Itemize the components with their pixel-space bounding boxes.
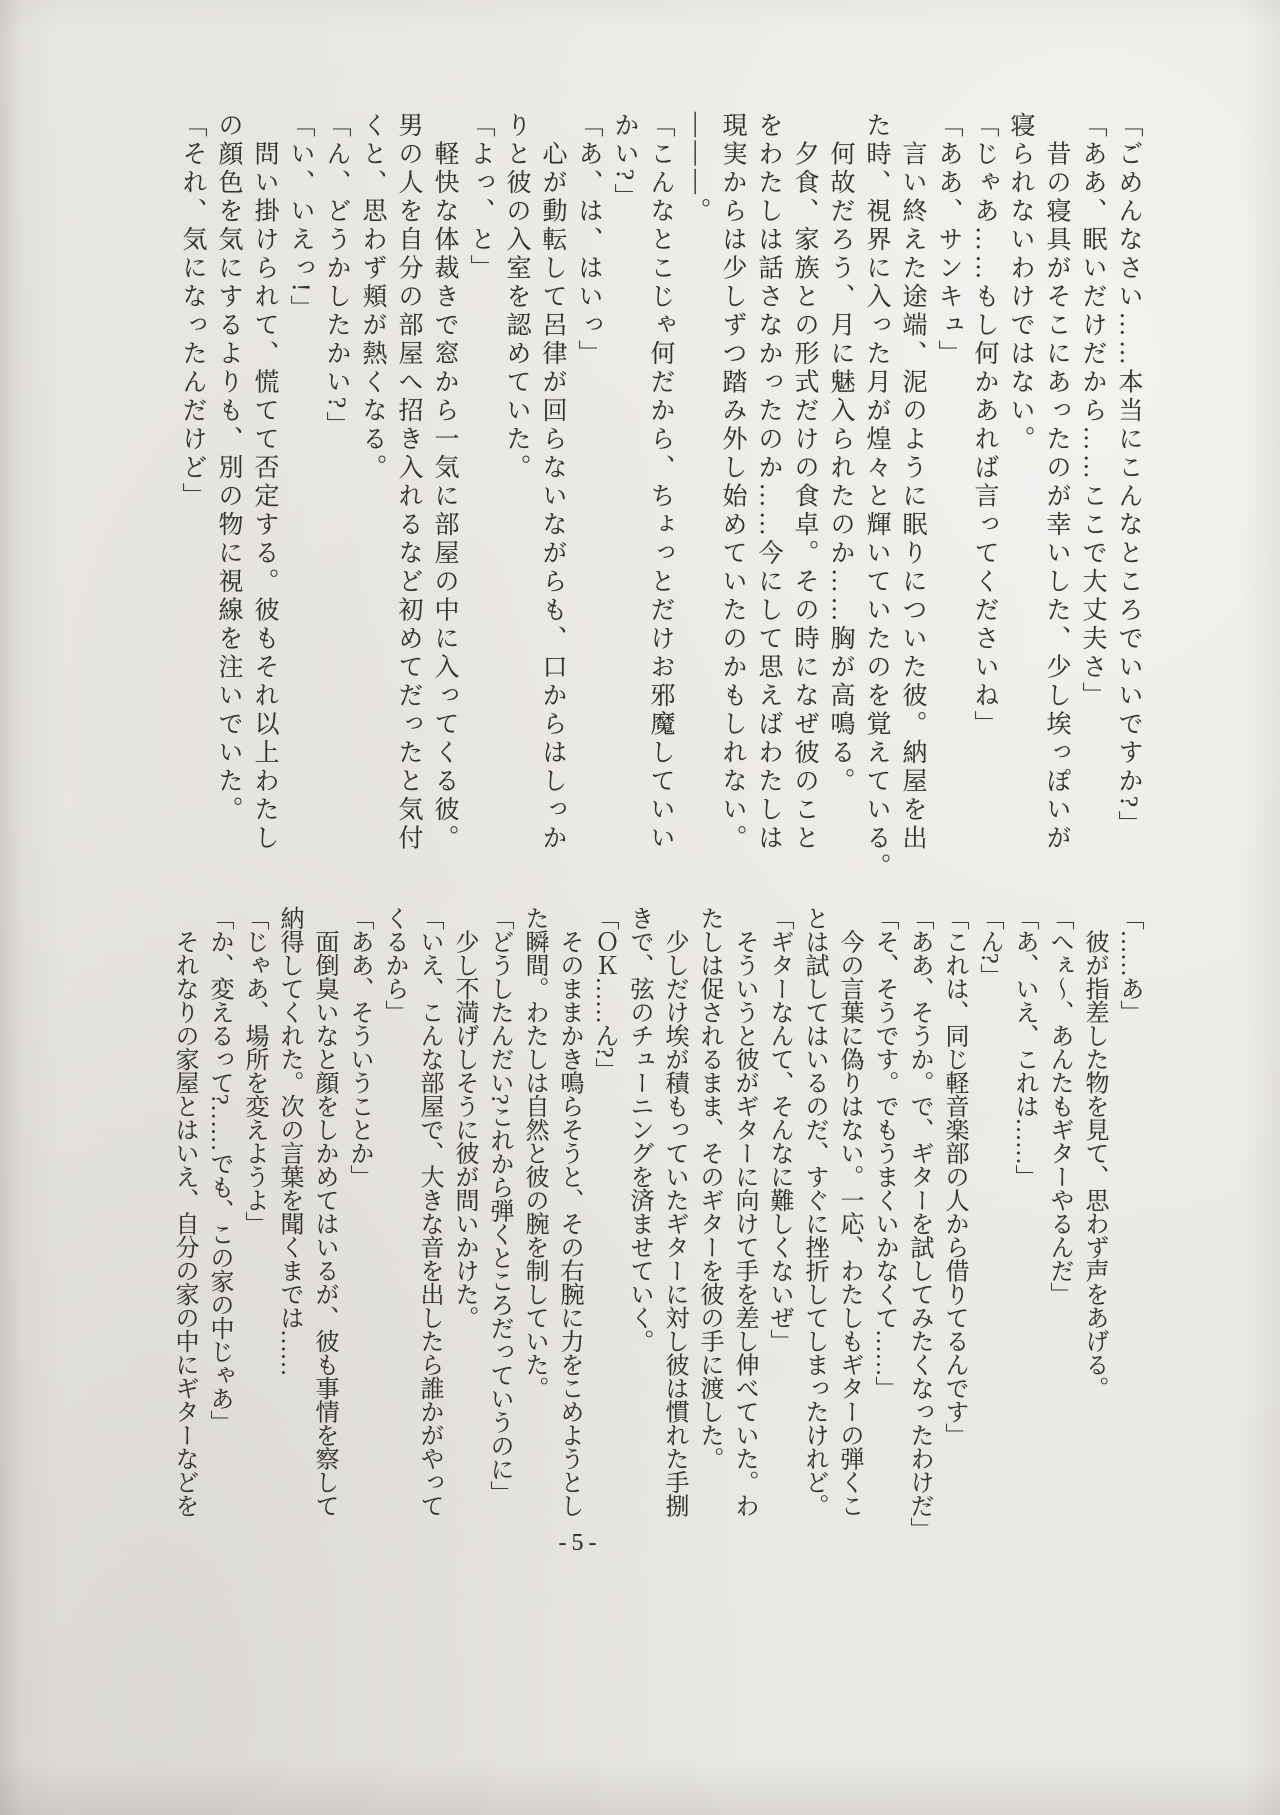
- text-column: りと彼の入室を認めていた。: [498, 112, 534, 894]
- text-column: きで、弦のチューニングを済ませていく。: [621, 906, 656, 1532]
- text-column: 今の言葉に偽りはない。一応、わたしもギターの弾くこ: [831, 906, 866, 1532]
- text-column: 「じゃあ……もし何かあれば言ってくださいね」: [966, 112, 1002, 894]
- text-column: 「これは、同じ軽音楽部の人から借りてるんです」: [936, 906, 971, 1532]
- text-column: た瞬間。わたしは自然と彼の腕を制していた。: [516, 906, 551, 1532]
- top-text-block: 「ごめんなさい……本当にこんなところでいいですか?」「ああ、眠いだけだから……こ…: [174, 112, 1146, 894]
- text-column: 言い終えた途端、泥のように眠りについた彼。納屋を出: [894, 112, 930, 894]
- text-column: 寝られないわけではない。: [1002, 112, 1038, 894]
- text-column: 彼が指差した物を見て、思わず声をあげる。: [1076, 906, 1111, 1532]
- text-column: くるから」: [376, 906, 411, 1532]
- page-number: -5-: [505, 1530, 655, 1557]
- scanned-page: 「ごめんなさい……本当にこんなところでいいですか?」「ああ、眠いだけだから……こ…: [0, 0, 1280, 1815]
- text-column: 「じゃあ、場所を変えようよ」: [236, 906, 271, 1532]
- text-column: 何故だろう、月に魅入られたのか……胸が高鳴る。: [822, 112, 858, 894]
- text-column: 「へぇ〜、あんたもギターやるんだ」: [1041, 906, 1076, 1532]
- text-column: 「ああ、サンキュ」: [930, 112, 966, 894]
- text-column: た時、視界に入った月が煌々と輝いていたのを覚えている。: [858, 112, 894, 894]
- text-column: 少し不満げしそうに彼が問いかけた。: [446, 906, 481, 1532]
- text-column: 「よっ、と」: [462, 112, 498, 894]
- text-column: ―――。: [678, 112, 714, 894]
- text-column: かい?」: [606, 112, 642, 894]
- text-column: 「ああ、眠いだけだから……ここで大丈夫さ」: [1074, 112, 1110, 894]
- text-column: 「あ、は、はいっ」: [570, 112, 606, 894]
- text-column: 「……あ」: [1111, 906, 1146, 1532]
- text-column: 「どうしたんだい?これから弾くところだっていうのに」: [481, 906, 516, 1532]
- text-column: それなりの家屋とはいえ、自分の家の中にギターなどを: [166, 906, 201, 1532]
- text-column: そういうと彼がギターに向けて手を差し伸べていた。わ: [726, 906, 761, 1532]
- text-column: 少しだけ埃が積もっていたギターに対し彼は慣れた手捌: [656, 906, 691, 1532]
- text-column: たしは促されるまま、そのギターを彼の手に渡した。: [691, 906, 726, 1532]
- text-column: 「そ、そうです。でもうまくいかなくて……」: [866, 906, 901, 1532]
- text-column: 「ああ、そうか。で、ギターを試してみたくなったわけだ」: [901, 906, 936, 1532]
- text-column: 「ん、どうかしたかい?」: [318, 112, 354, 894]
- text-column: 「ＯＫ……ん?」: [586, 906, 621, 1532]
- text-column: 納得してくれた。次の言葉を聞くまでは……: [271, 906, 306, 1532]
- text-column: 現実からは少しずつ踏み外し始めていたのかもしれない。: [714, 112, 750, 894]
- text-column: 「ん?」: [971, 906, 1006, 1532]
- bottom-text-block: 「……あ」 彼が指差した物を見て、思わず声をあげる。「へぇ〜、あんたもギターやる…: [166, 906, 1146, 1532]
- text-column: 「ギターなんて、そんなに難しくないぜ」: [761, 906, 796, 1532]
- text-column: 「こんなとこじゃ何だから、ちょっとだけお邪魔していい: [642, 112, 678, 894]
- text-column: 夕食、家族との形式だけの食卓。その時になぜ彼のこと: [786, 112, 822, 894]
- text-column: 心が動転して呂律が回らないながらも、口からはしっか: [534, 112, 570, 894]
- text-column: 問い掛けられて、慌てて否定する。彼もそれ以上わたし: [246, 112, 282, 894]
- text-column: くと、思わず頬が熱くなる。: [354, 112, 390, 894]
- text-column: 「それ、気になったんだけど」: [174, 112, 210, 894]
- text-column: 面倒臭いなと顔をしかめてはいるが、彼も事情を察して: [306, 906, 341, 1532]
- text-column: 男の人を自分の部屋へ招き入れるなど初めてだったと気付: [390, 112, 426, 894]
- text-column: をわたしは話さなかったのか……今にして思えばわたしは: [750, 112, 786, 894]
- text-column: 軽快な体裁きで窓から一気に部屋の中に入ってくる彼。: [426, 112, 462, 894]
- text-column: 「い、いえっ!」: [282, 112, 318, 894]
- text-column: 「あ、いえ、これは……」: [1006, 906, 1041, 1532]
- text-column: 「ああ、そういうことか」: [341, 906, 376, 1532]
- text-column: とは試してはいるのだ、すぐに挫折してしまったけれど。: [796, 906, 831, 1532]
- text-column: 「いえ、こんな部屋で、大きな音を出したら誰かがやって: [411, 906, 446, 1532]
- text-column: そのままかき鳴らそうと、その右腕に力をこめようとし: [551, 906, 586, 1532]
- text-column: の顔色を気にするよりも、別の物に視線を注いでいた。: [210, 112, 246, 894]
- text-column: 昔の寝具がそこにあったのが幸いした、少し埃っぽいが: [1038, 112, 1074, 894]
- text-column: 「か、変えるって?……でも、この家の中じゃあ」: [201, 906, 236, 1532]
- text-column: 「ごめんなさい……本当にこんなところでいいですか?」: [1110, 112, 1146, 894]
